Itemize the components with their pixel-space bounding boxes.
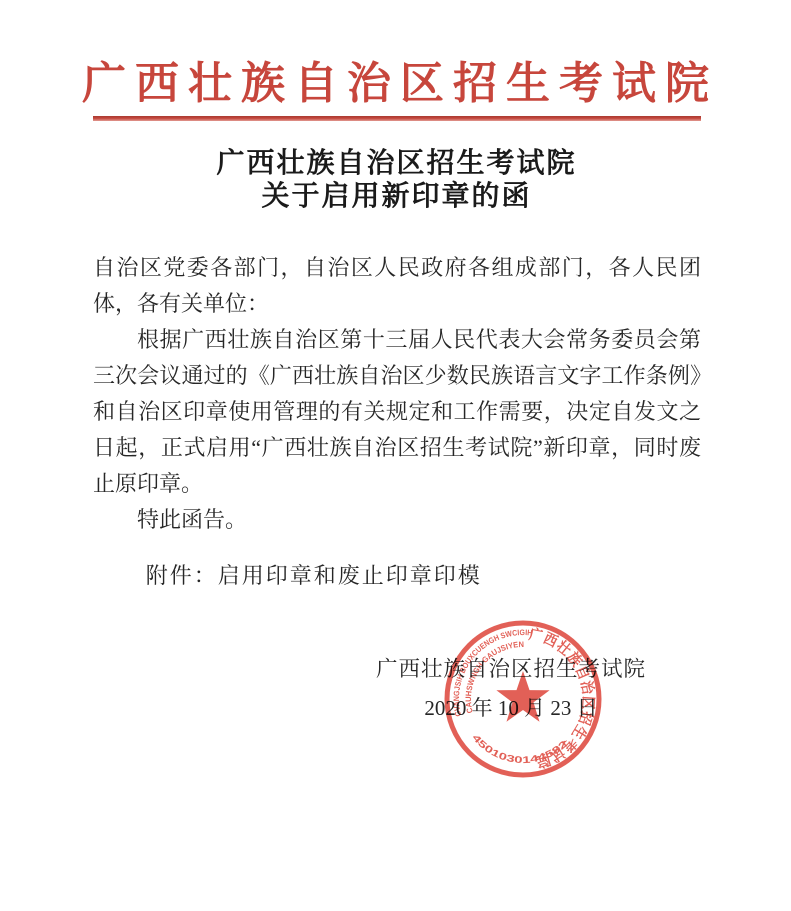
attachment-line: 附件：启用印章和废止印章印模: [93, 558, 701, 594]
document-title-line1: 广西壮族自治区招生考试院: [0, 147, 791, 180]
document-title-line2: 关于启用新印章的函: [0, 180, 791, 213]
signature-date: 2020 年 10 月 23 日: [351, 696, 671, 720]
letterhead-divider-line: [93, 116, 701, 121]
signature-block: 广西壮族自治区招生考试院 2020 年 10 月 23 日: [351, 656, 671, 720]
signature-org-name: 广西壮族自治区招生考试院: [351, 656, 671, 682]
letterhead-org-name: 广西壮族自治区招生考试院: [0, 47, 791, 111]
main-paragraph: 根据广西壮族自治区第十三届人民代表大会常务委员会第三次会议通过的《广西壮族自治区…: [93, 322, 701, 502]
seal-code-number: 4501030144582: [470, 732, 570, 766]
document-page: 广西壮族自治区招生考试院 广西壮族自治区招生考试院 关于启用新印章的函 自治区党…: [0, 0, 791, 911]
closing-line: 特此函告。: [93, 502, 701, 538]
document-title: 广西壮族自治区招生考试院 关于启用新印章的函: [0, 147, 791, 213]
document-body: 自治区党委各部门，自治区人民政府各组成部门，各人民团体，各有关单位： 根据广西壮…: [93, 250, 701, 594]
salutation-line: 自治区党委各部门，自治区人民政府各组成部门，各人民团体，各有关单位：: [93, 250, 701, 322]
